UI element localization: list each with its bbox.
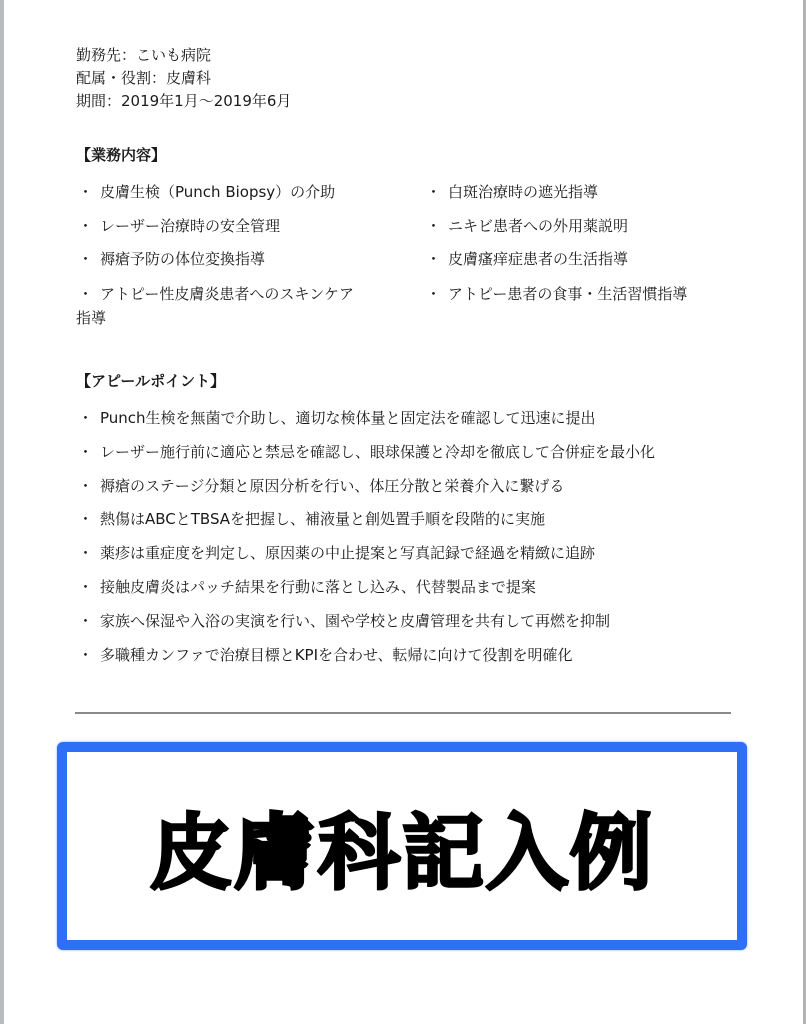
bullet-icon: ・ (76, 214, 100, 238)
bullet-icon: ・ (76, 180, 100, 204)
appeal-item: ・褥瘡のステージ分類と原因分析を行い、体圧分散と栄養介入に繋げる (76, 474, 736, 508)
duty-item: ・レーザー治療時の安全管理 (76, 214, 280, 238)
duty-text: アトピー性皮膚炎患者へのスキンケア (100, 285, 354, 303)
appeal-text: 熱傷はABCとTBSAを把握し、補液量と創処置手順を段階的に実施 (100, 510, 545, 528)
employment-info: 勤務先：こいも病院 配属・役割：皮膚科 期間：2019年1月〜2019年6月 (76, 44, 291, 113)
bullet-icon: ・ (76, 541, 100, 565)
duty-item-continuation: 指導 (76, 306, 106, 330)
left-edge-border (0, 0, 4, 1024)
appeal-item: ・レーザー施行前に適応と禁忌を確認し、眼球保護と冷却を徹底して合併症を最小化 (76, 440, 736, 474)
bullet-icon: ・ (424, 180, 448, 204)
appeal-text: 接触皮膚炎はパッチ結果を行動に落とし込み、代替製品まで提案 (100, 578, 536, 596)
title-banner: 皮膚科記入例 (57, 742, 747, 950)
appeal-heading: 【アピールポイント】 (76, 370, 225, 391)
duty-item: ・皮膚生検（Punch Biopsy）の介助 (76, 180, 335, 204)
duty-text: 皮膚生検（Punch Biopsy）の介助 (100, 183, 335, 201)
appeal-item: ・家族へ保湿や入浴の実演を行い、園や学校と皮膚管理を共有して再燃を抑制 (76, 609, 736, 643)
bullet-icon: ・ (76, 609, 100, 633)
duty-item: ・ニキビ患者への外用薬説明 (424, 214, 628, 238)
duty-item: ・皮膚瘙痒症患者の生活指導 (424, 247, 628, 271)
duty-item: ・アトピー患者の食事・生活習慣指導 (424, 282, 687, 306)
appeal-text: Punch生検を無菌で介助し、適切な検体量と固定法を確認して迅速に提出 (100, 409, 596, 427)
duty-text: 褥瘡予防の体位変換指導 (100, 250, 265, 268)
appeal-text: 家族へ保湿や入浴の実演を行い、園や学校と皮膚管理を共有して再燃を抑制 (100, 612, 610, 630)
bullet-icon: ・ (76, 643, 100, 667)
duty-text: アトピー患者の食事・生活習慣指導 (448, 285, 687, 303)
duty-item: ・アトピー性皮膚炎患者へのスキンケア (76, 282, 354, 306)
appeal-text: 褥瘡のステージ分類と原因分析を行い、体圧分散と栄養介入に繋げる (100, 477, 564, 495)
bullet-icon: ・ (76, 406, 100, 430)
section-divider (75, 712, 731, 714)
duty-text: 皮膚瘙痒症患者の生活指導 (448, 250, 628, 268)
appeal-item: ・熱傷はABCとTBSAを把握し、補液量と創処置手順を段階的に実施 (76, 507, 736, 541)
bullet-icon: ・ (76, 440, 100, 464)
appeal-item: ・多職種カンファで治療目標とKPIを合わせ、転帰に向けて役割を明確化 (76, 643, 736, 677)
appeal-item: ・接触皮膚炎はパッチ結果を行動に落とし込み、代替製品まで提案 (76, 575, 736, 609)
appeal-text: レーザー施行前に適応と禁忌を確認し、眼球保護と冷却を徹底して合併症を最小化 (100, 443, 655, 461)
bullet-icon: ・ (76, 247, 100, 271)
duty-item: ・褥瘡予防の体位変換指導 (76, 247, 265, 271)
appeal-list: ・Punch生検を無菌で介助し、適切な検体量と固定法を確認して迅速に提出 ・レー… (76, 406, 736, 676)
period-line: 期間：2019年1月〜2019年6月 (76, 90, 291, 113)
duty-text: 白斑治療時の遮光指導 (448, 183, 598, 201)
appeal-item: ・Punch生検を無菌で介助し、適切な検体量と固定法を確認して迅速に提出 (76, 406, 736, 440)
bullet-icon: ・ (76, 282, 100, 306)
bullet-icon: ・ (76, 474, 100, 498)
banner-title: 皮膚科記入例 (150, 788, 654, 905)
bullet-icon: ・ (76, 575, 100, 599)
department-line: 配属・役割：皮膚科 (76, 67, 291, 90)
appeal-item: ・薬疹は重症度を判定し、原因薬の中止提案と写真記録で経過を精緻に追跡 (76, 541, 736, 575)
bullet-icon: ・ (424, 247, 448, 271)
duty-text: レーザー治療時の安全管理 (100, 217, 280, 235)
appeal-text: 多職種カンファで治療目標とKPIを合わせ、転帰に向けて役割を明確化 (100, 646, 573, 664)
duty-item: ・白斑治療時の遮光指導 (424, 180, 598, 204)
workplace-line: 勤務先：こいも病院 (76, 44, 291, 67)
bullet-icon: ・ (76, 507, 100, 531)
duties-heading: 【業務内容】 (76, 144, 166, 165)
bullet-icon: ・ (424, 282, 448, 306)
bullet-icon: ・ (424, 214, 448, 238)
appeal-text: 薬疹は重症度を判定し、原因薬の中止提案と写真記録で経過を精緻に追跡 (100, 544, 595, 562)
duty-text: ニキビ患者への外用薬説明 (448, 217, 628, 235)
